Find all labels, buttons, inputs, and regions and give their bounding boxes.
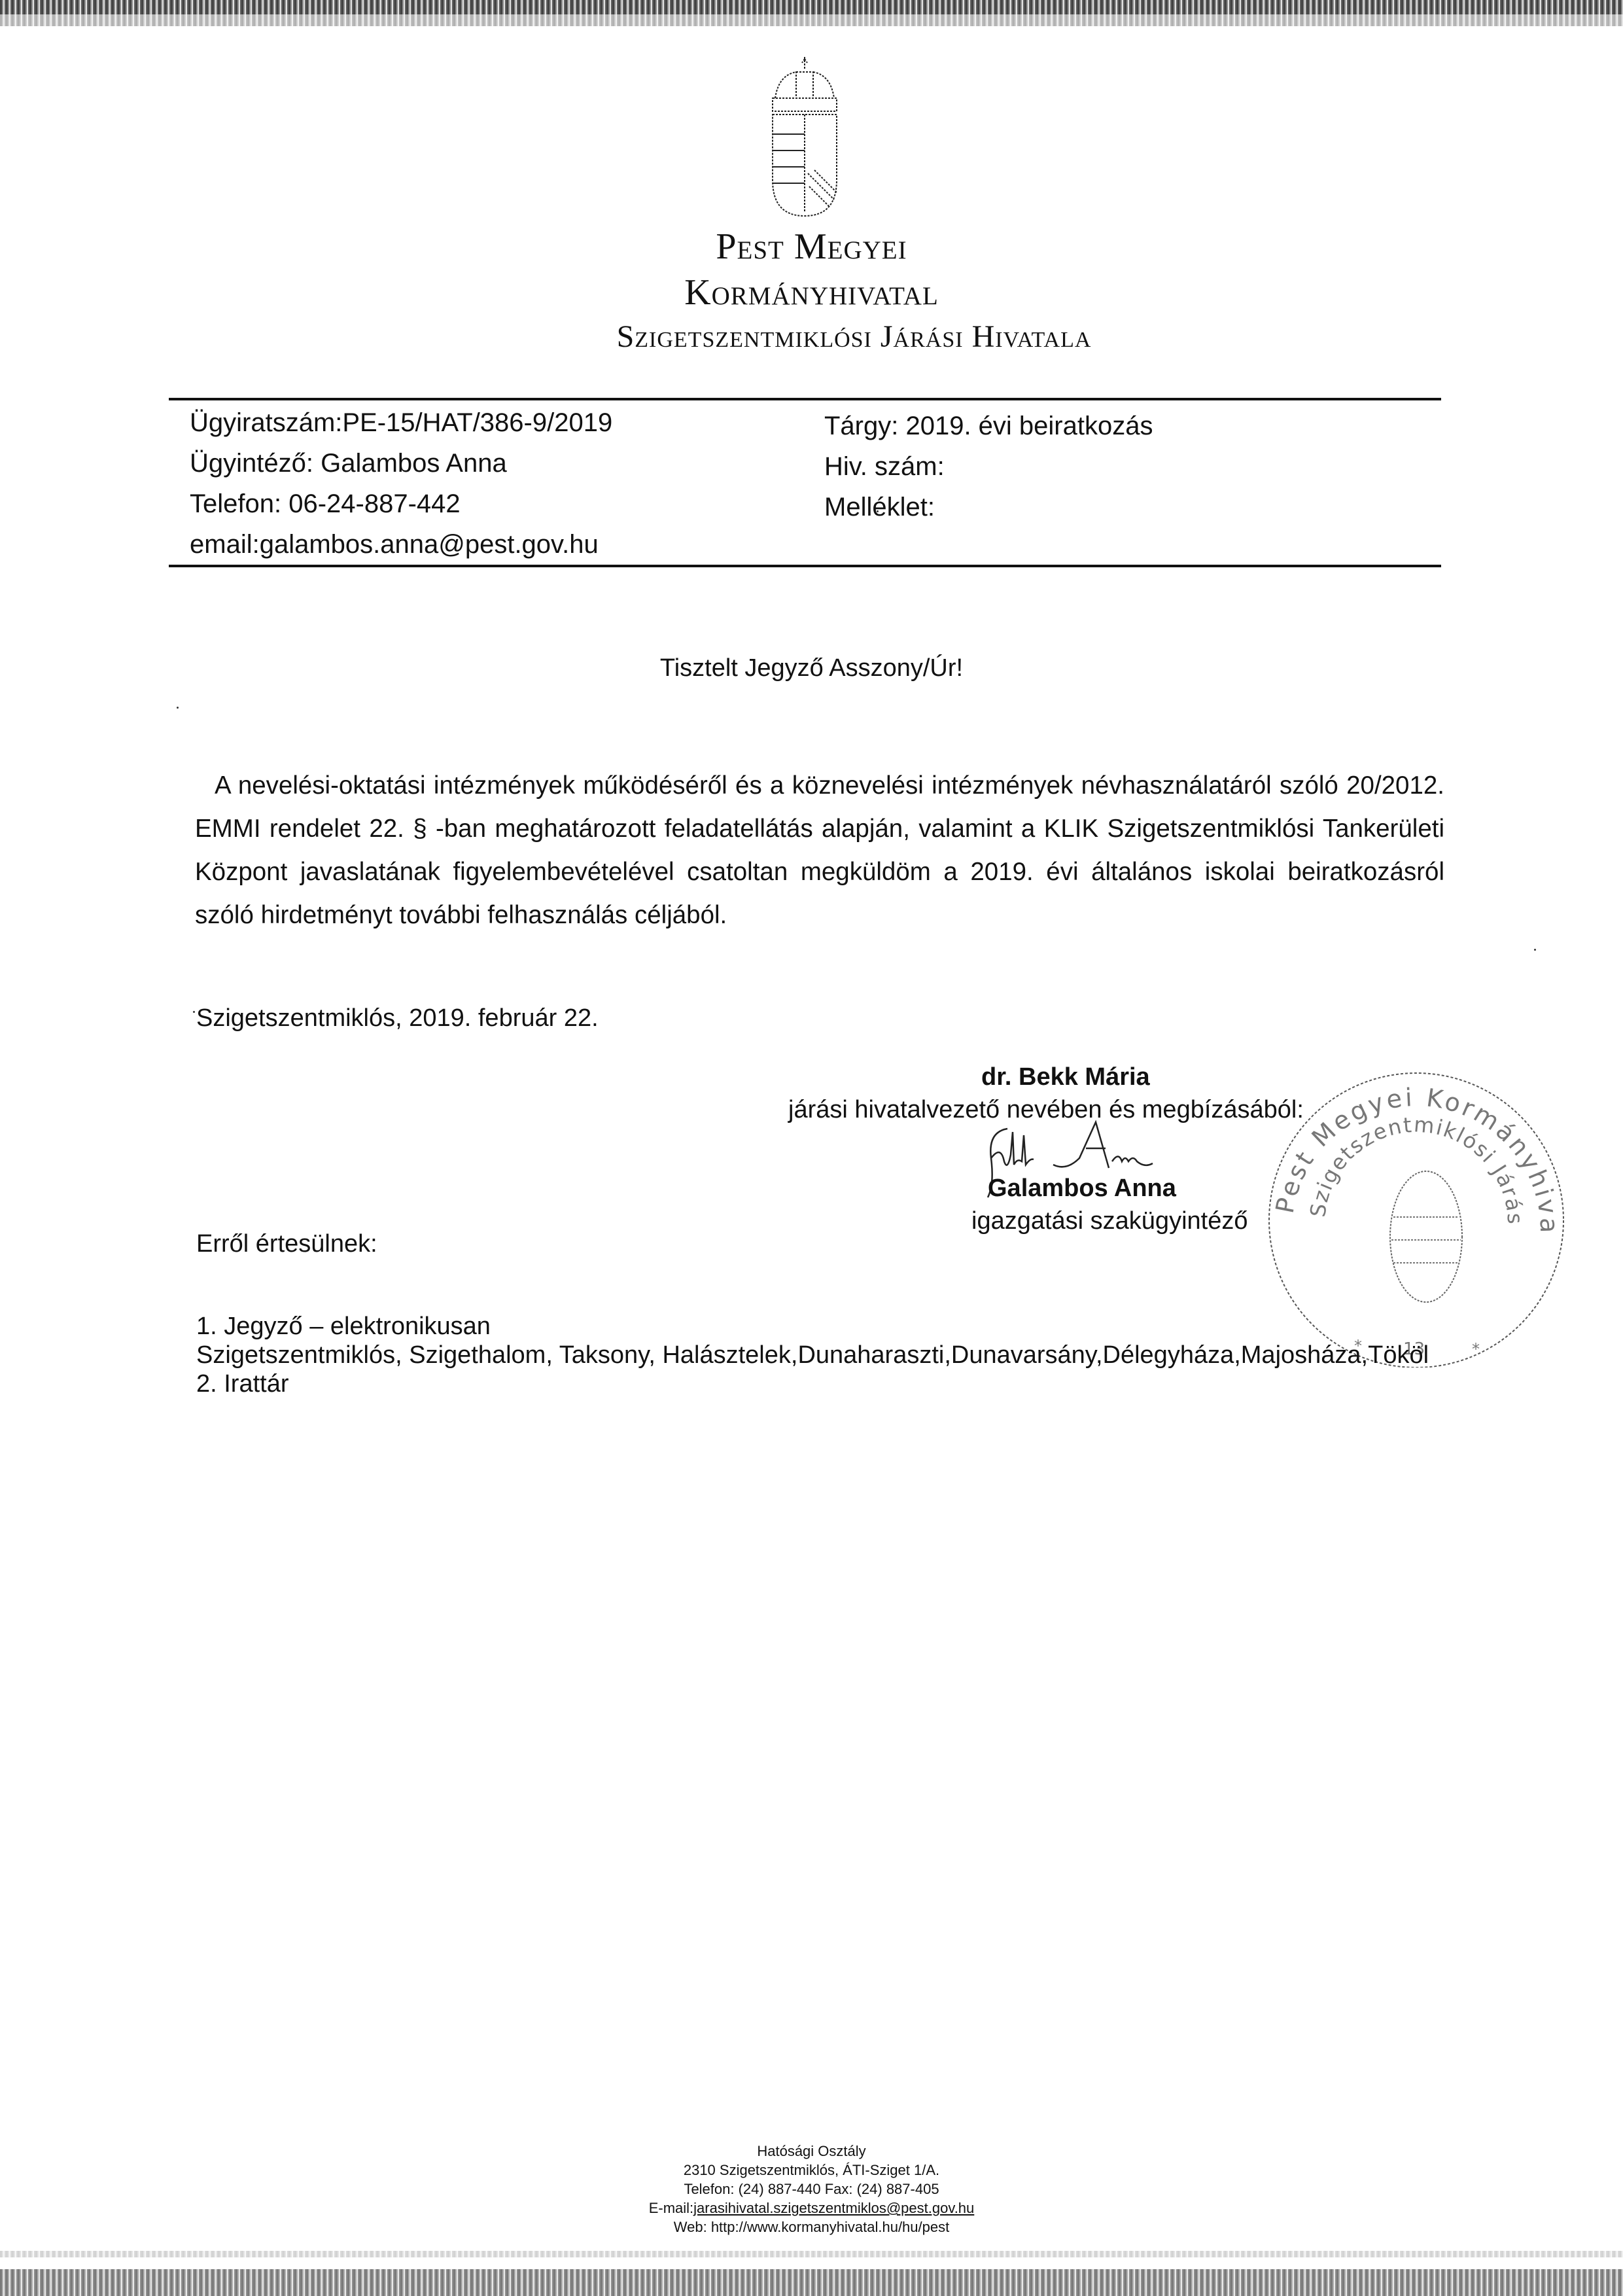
- signer-name: Galambos Anna: [988, 1174, 1176, 1203]
- footer-phone-fax: Telefon: (24) 887-440 Fax: (24) 887-405: [0, 2180, 1623, 2199]
- distribution-municipalities: Szigetszentmiklós, Szigethalom, Taksony,…: [196, 1341, 1429, 1369]
- footer-email-line: E-mail:jarasihivatal.szigetszentmiklos@p…: [0, 2199, 1623, 2217]
- scan-speck: [193, 1011, 195, 1013]
- body-text: A nevelési-oktatási intézmények működésé…: [195, 771, 1444, 929]
- subject: Tárgy: 2019. évi beiratkozás: [824, 406, 1153, 446]
- case-meta-right: Tárgy: 2019. évi beiratkozás Hiv. szám: …: [824, 406, 1153, 527]
- body-paragraph: A nevelési-oktatási intézmények működésé…: [195, 764, 1444, 937]
- distribution-label: Erről értesülnek:: [196, 1230, 377, 1258]
- case-email: email:galambos.anna@pest.gov.hu: [190, 524, 612, 565]
- footer-address: 2310 Szigetszentmiklós, ÁTI-Sziget 1/A.: [0, 2161, 1623, 2180]
- org-name-line3: Szigetszentmiklósi Járási Hivatala: [0, 319, 1623, 355]
- scan-artifact-top: [0, 0, 1623, 14]
- salutation: Tisztelt Jegyző Asszony/Úr!: [0, 654, 1623, 682]
- distribution-item-2: 2. Irattár: [196, 1369, 1429, 1398]
- footer-email-label: E-mail:: [649, 2200, 693, 2216]
- scan-speck: [177, 707, 179, 709]
- date-line: Szigetszentmiklós, 2019. február 22.: [196, 1004, 599, 1033]
- footer-web[interactable]: Web: http://www.kormanyhivatal.hu/hu/pes…: [0, 2217, 1623, 2236]
- header-divider-bottom: [169, 565, 1441, 567]
- footer-contact: Hatósági Osztály 2310 Szigetszentmiklós,…: [0, 2142, 1623, 2236]
- case-number: Ügyiratszám:PE-15/HAT/386-9/2019: [190, 402, 612, 443]
- case-phone: Telefon: 06-24-887-442: [190, 484, 612, 524]
- scan-speck: [1534, 949, 1536, 951]
- scan-artifact-bottom: [0, 2269, 1623, 2296]
- footer-email-link[interactable]: jarasihivatal.szigetszentmiklos@pest.gov…: [693, 2200, 974, 2216]
- hungarian-coat-of-arms-icon: [769, 56, 841, 219]
- reference-number: Hiv. szám:: [824, 446, 1153, 487]
- header-divider-top: [169, 398, 1441, 400]
- distribution-list: 1. Jegyző – elektronikusan Szigetszentmi…: [196, 1312, 1429, 1398]
- distribution-item-1: 1. Jegyző – elektronikusan: [196, 1312, 1429, 1341]
- org-name-line1: Pest Megyei: [0, 226, 1623, 268]
- scan-artifact-top-faint: [0, 14, 1623, 26]
- case-handler: Ügyintéző: Galambos Anna: [190, 443, 612, 484]
- signer-role: igazgatási szakügyintéző: [971, 1207, 1248, 1235]
- org-name-line2: Kormányhivatal: [0, 272, 1623, 313]
- svg-text:*: *: [1472, 1340, 1480, 1358]
- footer-department: Hatósági Osztály: [0, 2142, 1623, 2161]
- principal-name: dr. Bekk Mária: [981, 1063, 1150, 1091]
- scan-artifact-bottom-faint: [0, 2251, 1623, 2257]
- case-meta-left: Ügyiratszám:PE-15/HAT/386-9/2019 Ügyinté…: [190, 402, 612, 565]
- scan-speck: [877, 510, 879, 512]
- attachment: Melléklet:: [824, 487, 1153, 527]
